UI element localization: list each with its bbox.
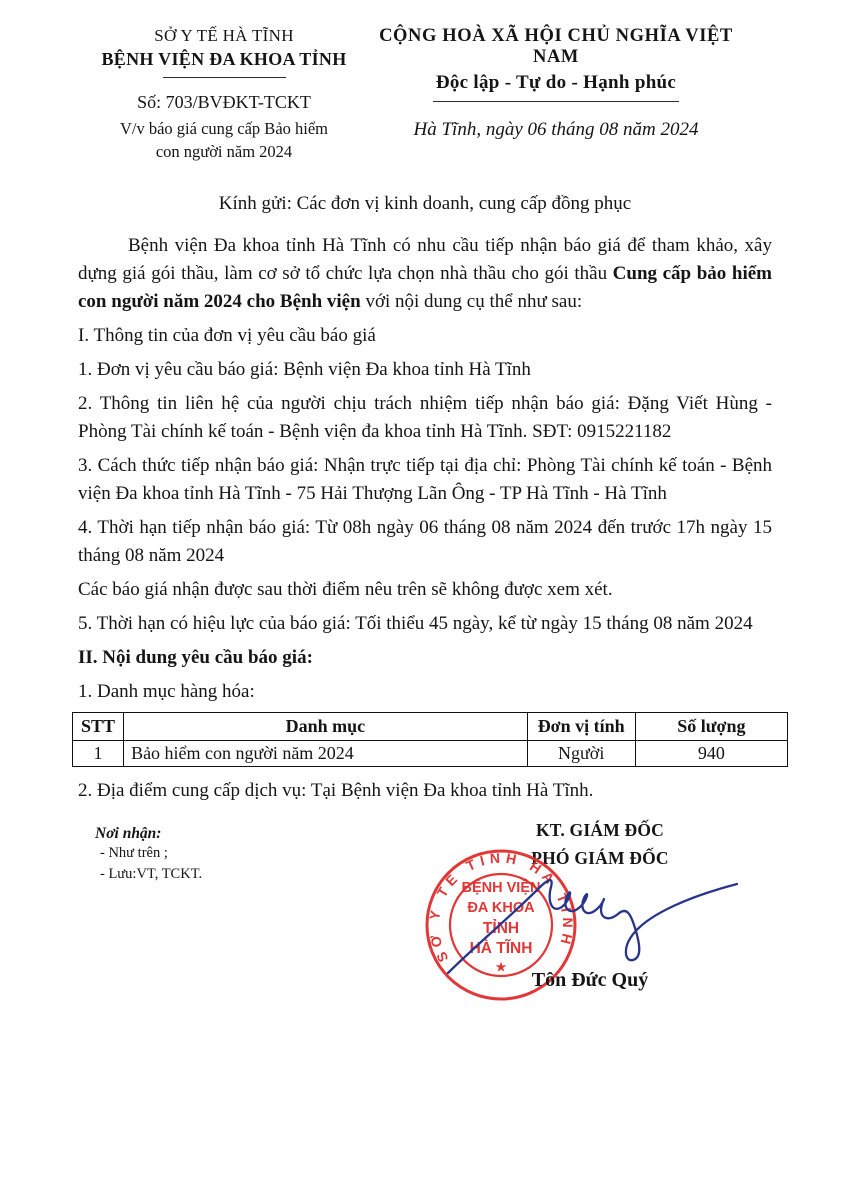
cell-don-vi-tinh: Người [527, 741, 635, 767]
section1-item-2: 2. Thông tin liên hệ của người chịu trác… [78, 390, 772, 446]
national-motto-line2: Độc lập - Tự do - Hạnh phúc [370, 72, 742, 94]
table-row: 1 Bảo hiểm con người năm 2024 Người 940 [73, 741, 788, 767]
section1-note: Các báo giá nhận được sau thời điểm nêu … [78, 576, 772, 604]
cell-stt: 1 [73, 741, 124, 767]
intro-text-2: với nội dung cụ thể như sau: [361, 291, 582, 312]
dateline: Hà Tĩnh, ngày 06 tháng 08 năm 2024 [370, 119, 742, 141]
doc-subject: V/v báo giá cung cấp Bảo hiểm con người … [78, 117, 370, 163]
signature-area: Nơi nhận: - Như trên ; - Lưu:VT, TCKT. K… [0, 813, 849, 1183]
section1-heading: I. Thông tin của đơn vị yêu cầu báo giá [78, 322, 772, 350]
cell-so-luong: 940 [635, 741, 787, 767]
section2-item-2: 2. Địa điểm cung cấp dịch vụ: Tại Bệnh v… [78, 777, 772, 805]
recipients-title: Nơi nhận: [95, 825, 202, 843]
recipients-block: Nơi nhận: - Như trên ; - Lưu:VT, TCKT. [95, 825, 202, 885]
national-motto-block: CỘNG HOÀ XÃ HỘI CHỦ NGHĨA VIỆT NAM Độc l… [370, 26, 742, 163]
col-header-stt: STT [73, 713, 124, 741]
section1-item-1: 1. Đơn vị yêu cầu báo giá: Bệnh viện Đa … [78, 356, 772, 384]
issuing-org-block: SỞ Y TẾ HÀ TĨNH BỆNH VIỆN ĐA KHOA TỈNH S… [78, 26, 370, 163]
national-motto-line1: CỘNG HOÀ XÃ HỘI CHỦ NGHĨA VIỆT NAM [370, 26, 742, 68]
section1-item-4: 4. Thời hạn tiếp nhận báo giá: Từ 08h ng… [78, 514, 772, 570]
section2-heading: II. Nội dung yêu cầu báo giá: [78, 644, 772, 672]
motto-underline [433, 101, 679, 102]
section1-item-3: 3. Cách thức tiếp nhận báo giá: Nhận trự… [78, 452, 772, 508]
signer-name: Tôn Đức Quý [465, 969, 715, 992]
document-header: SỞ Y TẾ HÀ TĨNH BỆNH VIỆN ĐA KHOA TỈNH S… [78, 26, 772, 163]
recipients-line-2: - Lưu:VT, TCKT. [100, 864, 202, 885]
recipients-line-1: - Như trên ; [100, 843, 202, 864]
doc-subject-line2: con người năm 2024 [78, 140, 370, 163]
org-underline [163, 77, 286, 78]
document-page: SỞ Y TẾ HÀ TĨNH BỆNH VIỆN ĐA KHOA TỈNH S… [0, 0, 849, 1200]
table-header-row: STT Danh mục Đơn vị tính Số lượng [73, 713, 788, 741]
doc-number: Số: 703/BVĐKT-TCKT [78, 92, 370, 113]
section2-item-1: 1. Danh mục hàng hóa: [78, 678, 772, 706]
col-header-don-vi-tinh: Đơn vị tính [527, 713, 635, 741]
goods-table: STT Danh mục Đơn vị tính Số lượng 1 Bảo … [72, 712, 788, 767]
col-header-so-luong: Số lượng [635, 713, 787, 741]
signature-stroke [448, 880, 737, 973]
section1-item-5: 5. Thời hạn có hiệu lực của báo giá: Tối… [78, 610, 772, 638]
doc-subject-line1: V/v báo giá cung cấp Bảo hiểm [78, 117, 370, 140]
org-parent: SỞ Y TẾ HÀ TĨNH [78, 26, 370, 46]
cell-danh-muc: Bảo hiểm con người năm 2024 [124, 741, 528, 767]
col-header-danh-muc: Danh mục [124, 713, 528, 741]
org-name: BỆNH VIỆN ĐA KHOA TỈNH [78, 49, 370, 70]
intro-paragraph: Bệnh viện Đa khoa tỉnh Hà Tĩnh có nhu cầ… [78, 232, 772, 316]
salutation: Kính gửi: Các đơn vị kinh doanh, cung cấ… [78, 193, 772, 215]
